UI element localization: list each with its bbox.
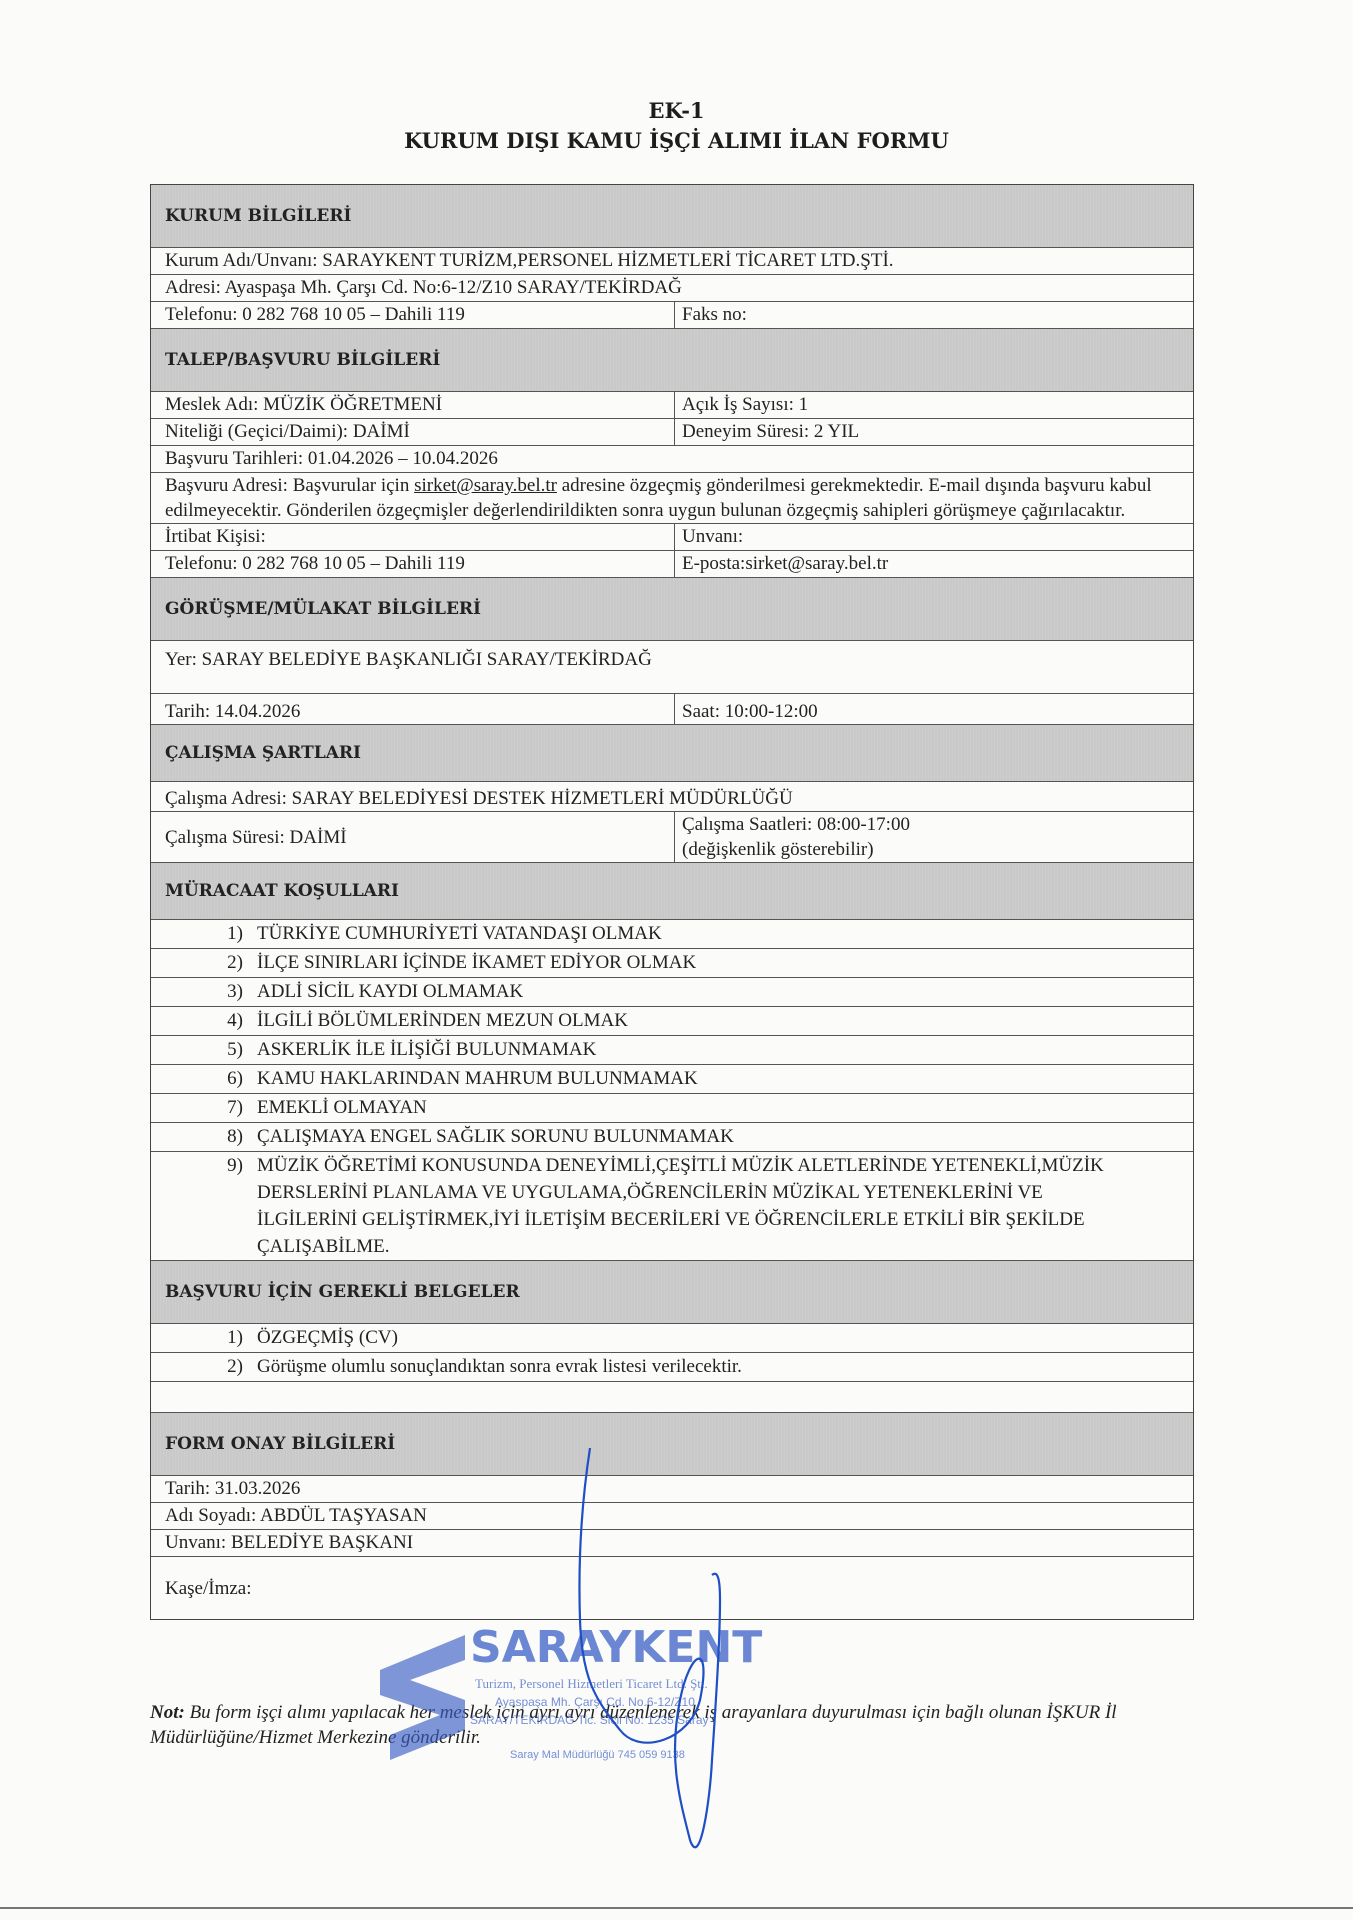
list-item: 3)ADLİ SİCİL KAYDI OLMAMAK (151, 977, 1193, 1006)
section-talep-heading: TALEP/BAŞVURU BİLGİLERİ (151, 328, 1193, 391)
calisma-saatleri-value: Çalışma Saatleri: 08:00-17:00 (682, 812, 1193, 837)
list-item-number: 1) (181, 920, 257, 948)
meslek-adi: Meslek Adı: MÜZİK ÖĞRETMENİ (151, 392, 675, 418)
list-item-text: TÜRKİYE CUMHURİYETİ VATANDAŞI OLMAK (257, 920, 1193, 948)
belgeler-empty-row (151, 1381, 1193, 1412)
onay-tarih-row: Tarih: 31.03.2026 (151, 1475, 1193, 1502)
calisma-saatleri: Çalışma Saatleri: 08:00-17:00 (değişkenl… (675, 812, 1193, 862)
list-item-number: 4) (181, 1007, 257, 1035)
list-item-number: 2) (181, 1353, 257, 1381)
kurum-fax: Faks no: (675, 302, 1193, 328)
list-item-text: Görüşme olumlu sonuçlandıktan sonra evra… (257, 1353, 1193, 1381)
list-item-text: ADLİ SİCİL KAYDI OLMAMAK (257, 978, 1193, 1006)
section-gorusme-heading: GÖRÜŞME/MÜLAKAT BİLGİLERİ (151, 577, 1193, 640)
list-item: 1)TÜRKİYE CUMHURİYETİ VATANDAŞI OLMAK (151, 919, 1193, 948)
gorusme-yer-row: Yer: SARAY BELEDİYE BAŞKANLIĞI SARAY/TEK… (151, 640, 1193, 693)
irtibat-telefon: Telefonu: 0 282 768 10 05 – Dahili 119 (151, 551, 675, 577)
basvuru-adresi-row: Başvuru Adresi: Başvurular için sirket@s… (151, 472, 1193, 523)
gorusme-saat: Saat: 10:00-12:00 (675, 694, 1193, 724)
list-item: 6)KAMU HAKLARINDAN MAHRUM BULUNMAMAK (151, 1064, 1193, 1093)
kurum-name: Kurum Adı/Unvanı: SARAYKENT TURİZM,PERSO… (151, 248, 1193, 274)
list-item: 5)ASKERLİK İLE İLİŞİĞİ BULUNMAMAK (151, 1035, 1193, 1064)
note-text: Bu form işçi alımı yapılacak her meslek … (150, 1702, 1117, 1748)
onay-tarih: Tarih: 31.03.2026 (151, 1476, 1193, 1502)
list-item: 2)İLÇE SINIRLARI İÇİNDE İKAMET EDİYOR OL… (151, 948, 1193, 977)
niteligi: Niteliği (Geçici/Daimi): DAİMİ (151, 419, 675, 445)
basvuru-adresi: Başvuru Adresi: Başvurular için sirket@s… (151, 473, 1193, 523)
gorusme-tarih-row: Tarih: 14.04.2026 Saat: 10:00-12:00 (151, 693, 1193, 724)
calisma-saatleri-note: (değişkenlik gösterebilir) (682, 837, 1193, 862)
section-calisma-heading: ÇALIŞMA ŞARTLARI (151, 724, 1193, 781)
nitelik-row: Niteliği (Geçici/Daimi): DAİMİ Deneyim S… (151, 418, 1193, 445)
irtibat-contact-row: Telefonu: 0 282 768 10 05 – Dahili 119 E… (151, 550, 1193, 577)
basvuru-tarihleri-row: Başvuru Tarihleri: 01.04.2026 – 10.04.20… (151, 445, 1193, 472)
list-item-number: 2) (181, 949, 257, 977)
list-item-text: EMEKLİ OLMAYAN (257, 1094, 1193, 1122)
gorusme-yer: Yer: SARAY BELEDİYE BAŞKANLIĞI SARAY/TEK… (151, 641, 1193, 693)
onay-kase-imza: Kaşe/İmza: (151, 1557, 1193, 1619)
list-item-number: 5) (181, 1036, 257, 1064)
list-item-text: ASKERLİK İLE İLİŞİĞİ BULUNMAMAK (257, 1036, 1193, 1064)
deneyim-suresi: Deneyim Süresi: 2 YIL (675, 419, 1193, 445)
kurum-phone-row: Telefonu: 0 282 768 10 05 – Dahili 119 F… (151, 301, 1193, 328)
section-kurum-heading: KURUM BİLGİLERİ (151, 185, 1193, 247)
basvuru-adresi-prefix: Başvuru Adresi: Başvurular için (165, 475, 414, 496)
meslek-row: Meslek Adı: MÜZİK ÖĞRETMENİ Açık İş Sayı… (151, 391, 1193, 418)
stamp-line4: Saray Mal Müdürlüğü 745 059 9138 (510, 1749, 685, 1761)
muracaat-list: 1)TÜRKİYE CUMHURİYETİ VATANDAŞI OLMAK2)İ… (151, 919, 1193, 1260)
kurum-address-row: Adresi: Ayaspaşa Mh. Çarşı Cd. No:6-12/Z… (151, 274, 1193, 301)
kurum-phone: Telefonu: 0 282 768 10 05 – Dahili 119 (151, 302, 675, 328)
list-item-number: 8) (181, 1123, 257, 1151)
list-item-number: 7) (181, 1094, 257, 1122)
irtibat-eposta: E-posta:sirket@saray.bel.tr (675, 551, 1193, 577)
list-item-text: İLÇE SINIRLARI İÇİNDE İKAMET EDİYOR OLMA… (257, 949, 1193, 977)
irtibat-row: İrtibat Kişisi: Unvanı: (151, 523, 1193, 550)
section-onay-heading: FORM ONAY BİLGİLERİ (151, 1412, 1193, 1475)
section-muracaat-heading: MÜRACAAT KOŞULLARI (151, 862, 1193, 919)
email-link[interactable]: sirket@saray.bel.tr (414, 475, 557, 496)
list-item-text: ÖZGEÇMİŞ (CV) (257, 1324, 1193, 1352)
list-item-text: İLGİLİ BÖLÜMLERİNDEN MEZUN OLMAK (257, 1007, 1193, 1035)
stamp-line1: Turizm, Personel Hizmetleri Ticaret Ltd.… (475, 1676, 708, 1691)
page-bottom-rule (0, 1907, 1353, 1909)
list-item: 7)EMEKLİ OLMAYAN (151, 1093, 1193, 1122)
calisma-adres-row: Çalışma Adresi: SARAY BELEDİYESİ DESTEK … (151, 781, 1193, 811)
footnote: Not: Bu form işçi alımı yapılacak her me… (150, 1700, 1200, 1750)
list-item: 9)MÜZİK ÖĞRETİMİ KONUSUNDA DENEYİMLİ,ÇEŞ… (151, 1151, 1193, 1260)
onay-unvan: Unvanı: BELEDİYE BAŞKANI (151, 1530, 1193, 1556)
stamp-brand: SARAYKENT (470, 1622, 762, 1673)
form-heading: KURUM DIŞI KAMU İŞÇİ ALIMI İLAN FORMU (0, 126, 1353, 156)
onay-unvan-row: Unvanı: BELEDİYE BAŞKANI (151, 1529, 1193, 1556)
empty-cell (151, 1382, 1193, 1412)
acik-is-sayisi: Açık İş Sayısı: 1 (675, 392, 1193, 418)
list-item: 1)ÖZGEÇMİŞ (CV) (151, 1323, 1193, 1352)
list-item-number: 3) (181, 978, 257, 1006)
calisma-sure-row: Çalışma Süresi: DAİMİ Çalışma Saatleri: … (151, 811, 1193, 862)
list-item: 4)İLGİLİ BÖLÜMLERİNDEN MEZUN OLMAK (151, 1006, 1193, 1035)
irtibat-kisisi: İrtibat Kişisi: (151, 524, 675, 550)
irtibat-unvani: Unvanı: (675, 524, 1193, 550)
onay-adi-row: Adı Soyadı: ABDÜL TAŞYASAN (151, 1502, 1193, 1529)
list-item: 8)ÇALIŞMAYA ENGEL SAĞLIK SORUNU BULUNMAM… (151, 1122, 1193, 1151)
gorusme-tarih: Tarih: 14.04.2026 (151, 694, 675, 724)
list-item: 2)Görüşme olumlu sonuçlandıktan sonra ev… (151, 1352, 1193, 1381)
list-item-text: ÇALIŞMAYA ENGEL SAĞLIK SORUNU BULUNMAMAK (257, 1123, 1193, 1151)
onay-kase-row: Kaşe/İmza: (151, 1556, 1193, 1619)
calisma-suresi: Çalışma Süresi: DAİMİ (151, 812, 675, 862)
basvuru-tarihleri: Başvuru Tarihleri: 01.04.2026 – 10.04.20… (151, 446, 1193, 472)
list-item-text: MÜZİK ÖĞRETİMİ KONUSUNDA DENEYİMLİ,ÇEŞİT… (257, 1152, 1193, 1260)
note-label: Not: (150, 1702, 185, 1723)
list-item-number: 1) (181, 1324, 257, 1352)
onay-adi-soyadi: Adı Soyadı: ABDÜL TAŞYASAN (151, 1503, 1193, 1529)
kurum-name-row: Kurum Adı/Unvanı: SARAYKENT TURİZM,PERSO… (151, 247, 1193, 274)
calisma-adresi: Çalışma Adresi: SARAY BELEDİYESİ DESTEK … (151, 782, 1193, 811)
form-title: EK-1 KURUM DIŞI KAMU İŞÇİ ALIMI İLAN FOR… (0, 96, 1353, 156)
list-item-number: 6) (181, 1065, 257, 1093)
annex-label: EK-1 (0, 96, 1353, 126)
list-item-number: 9) (181, 1152, 257, 1260)
kurum-address: Adresi: Ayaspaşa Mh. Çarşı Cd. No:6-12/Z… (151, 275, 1193, 301)
belgeler-list: 1)ÖZGEÇMİŞ (CV)2)Görüşme olumlu sonuçlan… (151, 1323, 1193, 1381)
announcement-form: KURUM BİLGİLERİ Kurum Adı/Unvanı: SARAYK… (150, 184, 1194, 1620)
section-belgeler-heading: BAŞVURU İÇİN GEREKLİ BELGELER (151, 1260, 1193, 1323)
list-item-text: KAMU HAKLARINDAN MAHRUM BULUNMAMAK (257, 1065, 1193, 1093)
